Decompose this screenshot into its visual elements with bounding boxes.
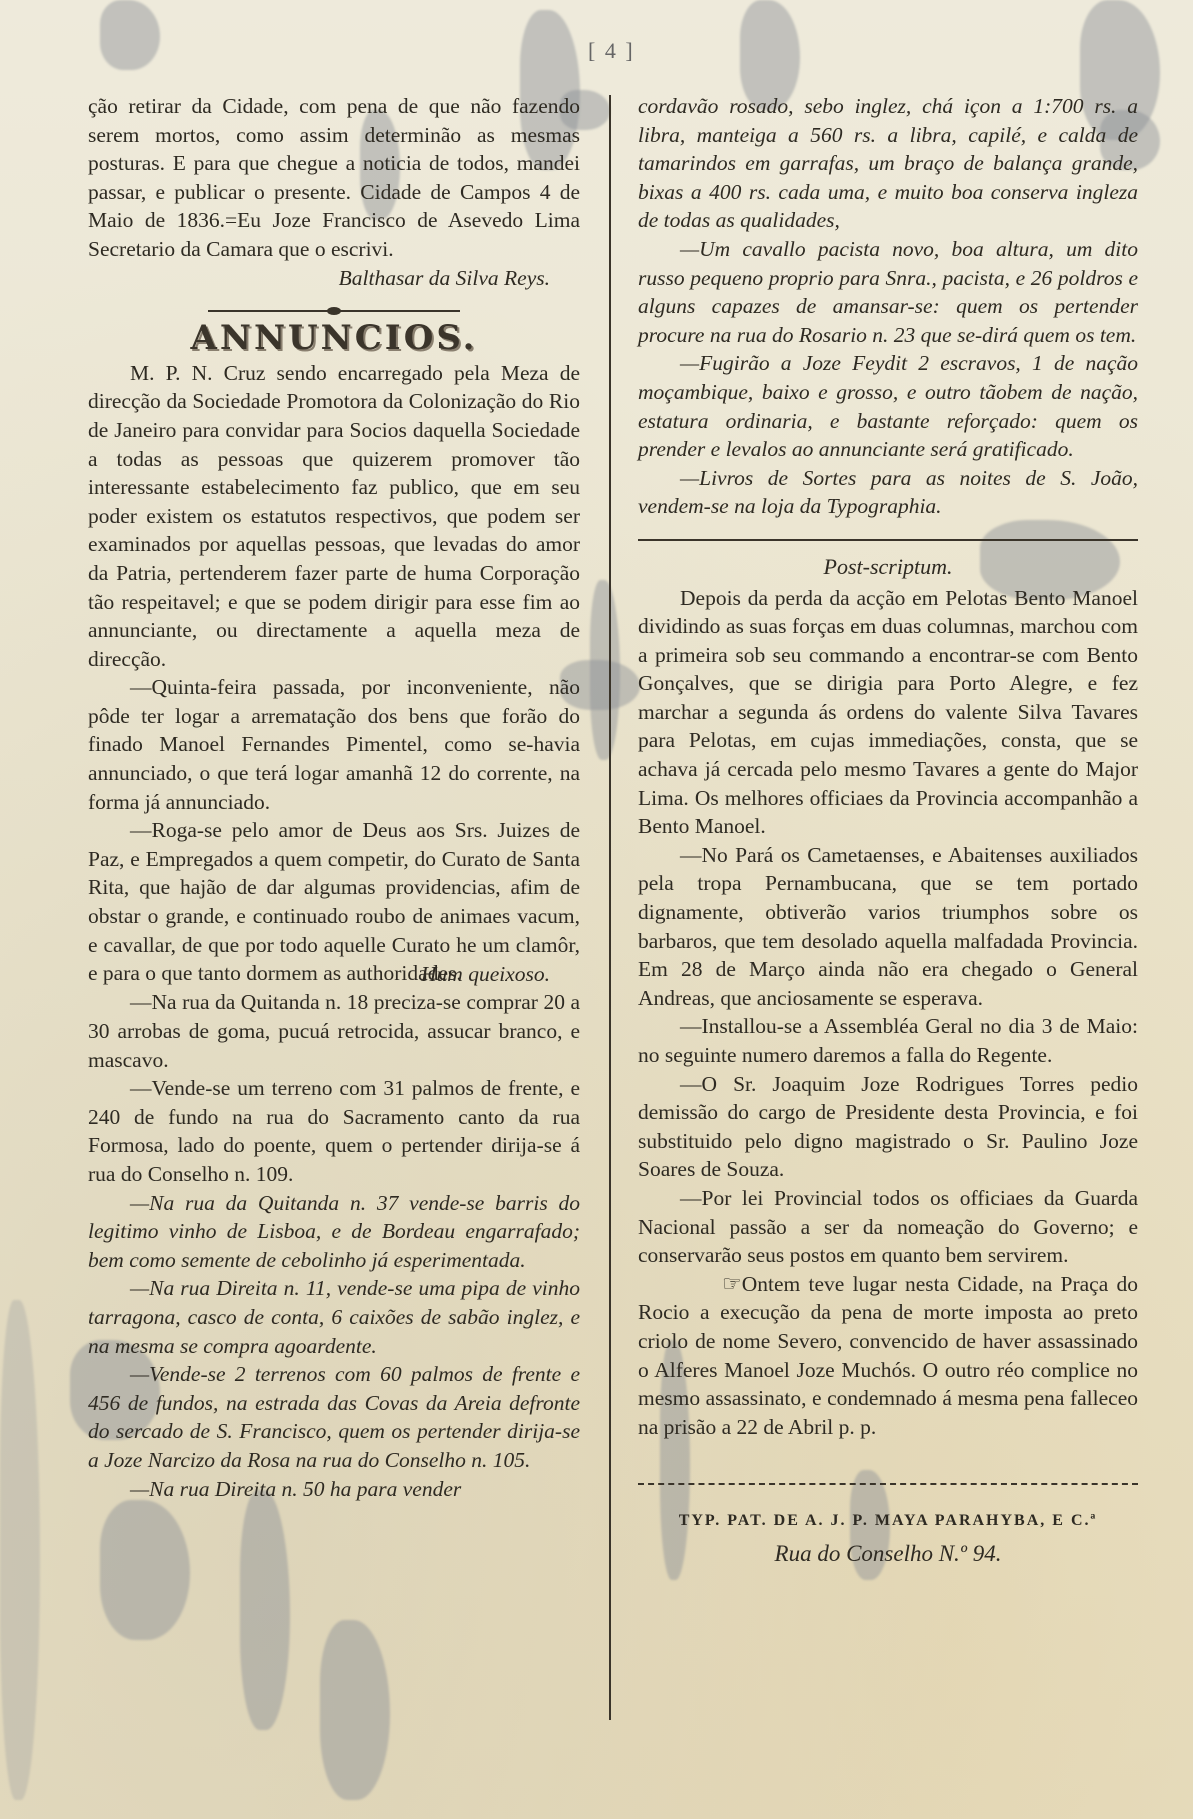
ad-paragraph: —Na rua da Quitanda n. 37 vende-se barri…: [88, 1189, 580, 1275]
notice-signature: Balthasar da Silva Reys.: [88, 264, 580, 293]
municipal-notice-text: ção retirar da Cidade, com pena de que n…: [88, 92, 580, 264]
ad-paragraph: —Vende-se 2 terrenos com 60 palmos de fr…: [88, 1360, 580, 1474]
water-stain: [100, 0, 160, 70]
printer-imprint: TYP. PAT. DE A. J. P. MAYA PARAHYBA, E C…: [638, 1507, 1138, 1536]
news-paragraph: Depois da perda da acção em Pelotas Bent…: [638, 584, 1138, 841]
ad-paragraph: —Um cavallo pacista novo, boa altura, um…: [638, 235, 1138, 349]
section-heading-annuncios: ANNUNCIOS.: [88, 324, 580, 353]
water-stain: [100, 1500, 190, 1640]
left-column: ção retirar da Cidade, com pena de que n…: [88, 92, 580, 1503]
news-paragraph: —Installou-se a Assembléa Geral no dia 3…: [638, 1012, 1138, 1069]
ad-paragraph: —Na rua da Quitanda n. 18 preciza-se com…: [88, 988, 580, 1074]
page-number: [ 4 ]: [588, 38, 635, 64]
ad-paragraph: —Fugirão a Joze Feydit 2 escravos, 1 de …: [638, 349, 1138, 463]
ad-paragraph-continued: cordavão rosado, sebo inglez, chá içon a…: [638, 92, 1138, 235]
news-paragraph: —O Sr. Joaquim Joze Rodrigues Torres ped…: [638, 1070, 1138, 1184]
pointing-hand-icon: ☞: [680, 1270, 742, 1299]
ad-paragraph: —Na rua Direita n. 50 ha para vender: [88, 1475, 580, 1504]
news-paragraph: —No Pará os Cametaenses, e Abaitenses au…: [638, 841, 1138, 1013]
ad-paragraph: —Na rua Direita n. 11, vende-se uma pipa…: [88, 1274, 580, 1360]
printer-address: Rua do Conselho N.º 94.: [638, 1540, 1138, 1569]
ornamental-rule: [88, 306, 580, 316]
footer-rule: [638, 1483, 1138, 1485]
column-divider: [609, 95, 611, 1720]
news-paragraph: —Por lei Provincial todos os officiaes d…: [638, 1184, 1138, 1270]
news-paragraph: ☞Ontem teve lugar nesta Cidade, na Praça…: [638, 1270, 1138, 1442]
ad-paragraph: M. P. N. Cruz sendo encarregado pela Mez…: [88, 359, 580, 674]
right-column: cordavão rosado, sebo inglez, chá içon a…: [638, 92, 1138, 1569]
ad-paragraph: —Livros de Sortes para as noites de S. J…: [638, 464, 1138, 521]
postscript-heading: Post-scriptum.: [638, 553, 1138, 582]
section-rule: [638, 539, 1138, 541]
ad-paragraph: —Vende-se um terreno com 31 palmos de fr…: [88, 1074, 580, 1188]
ad-paragraph: —Quinta-feira passada, por inconveniente…: [88, 673, 580, 816]
